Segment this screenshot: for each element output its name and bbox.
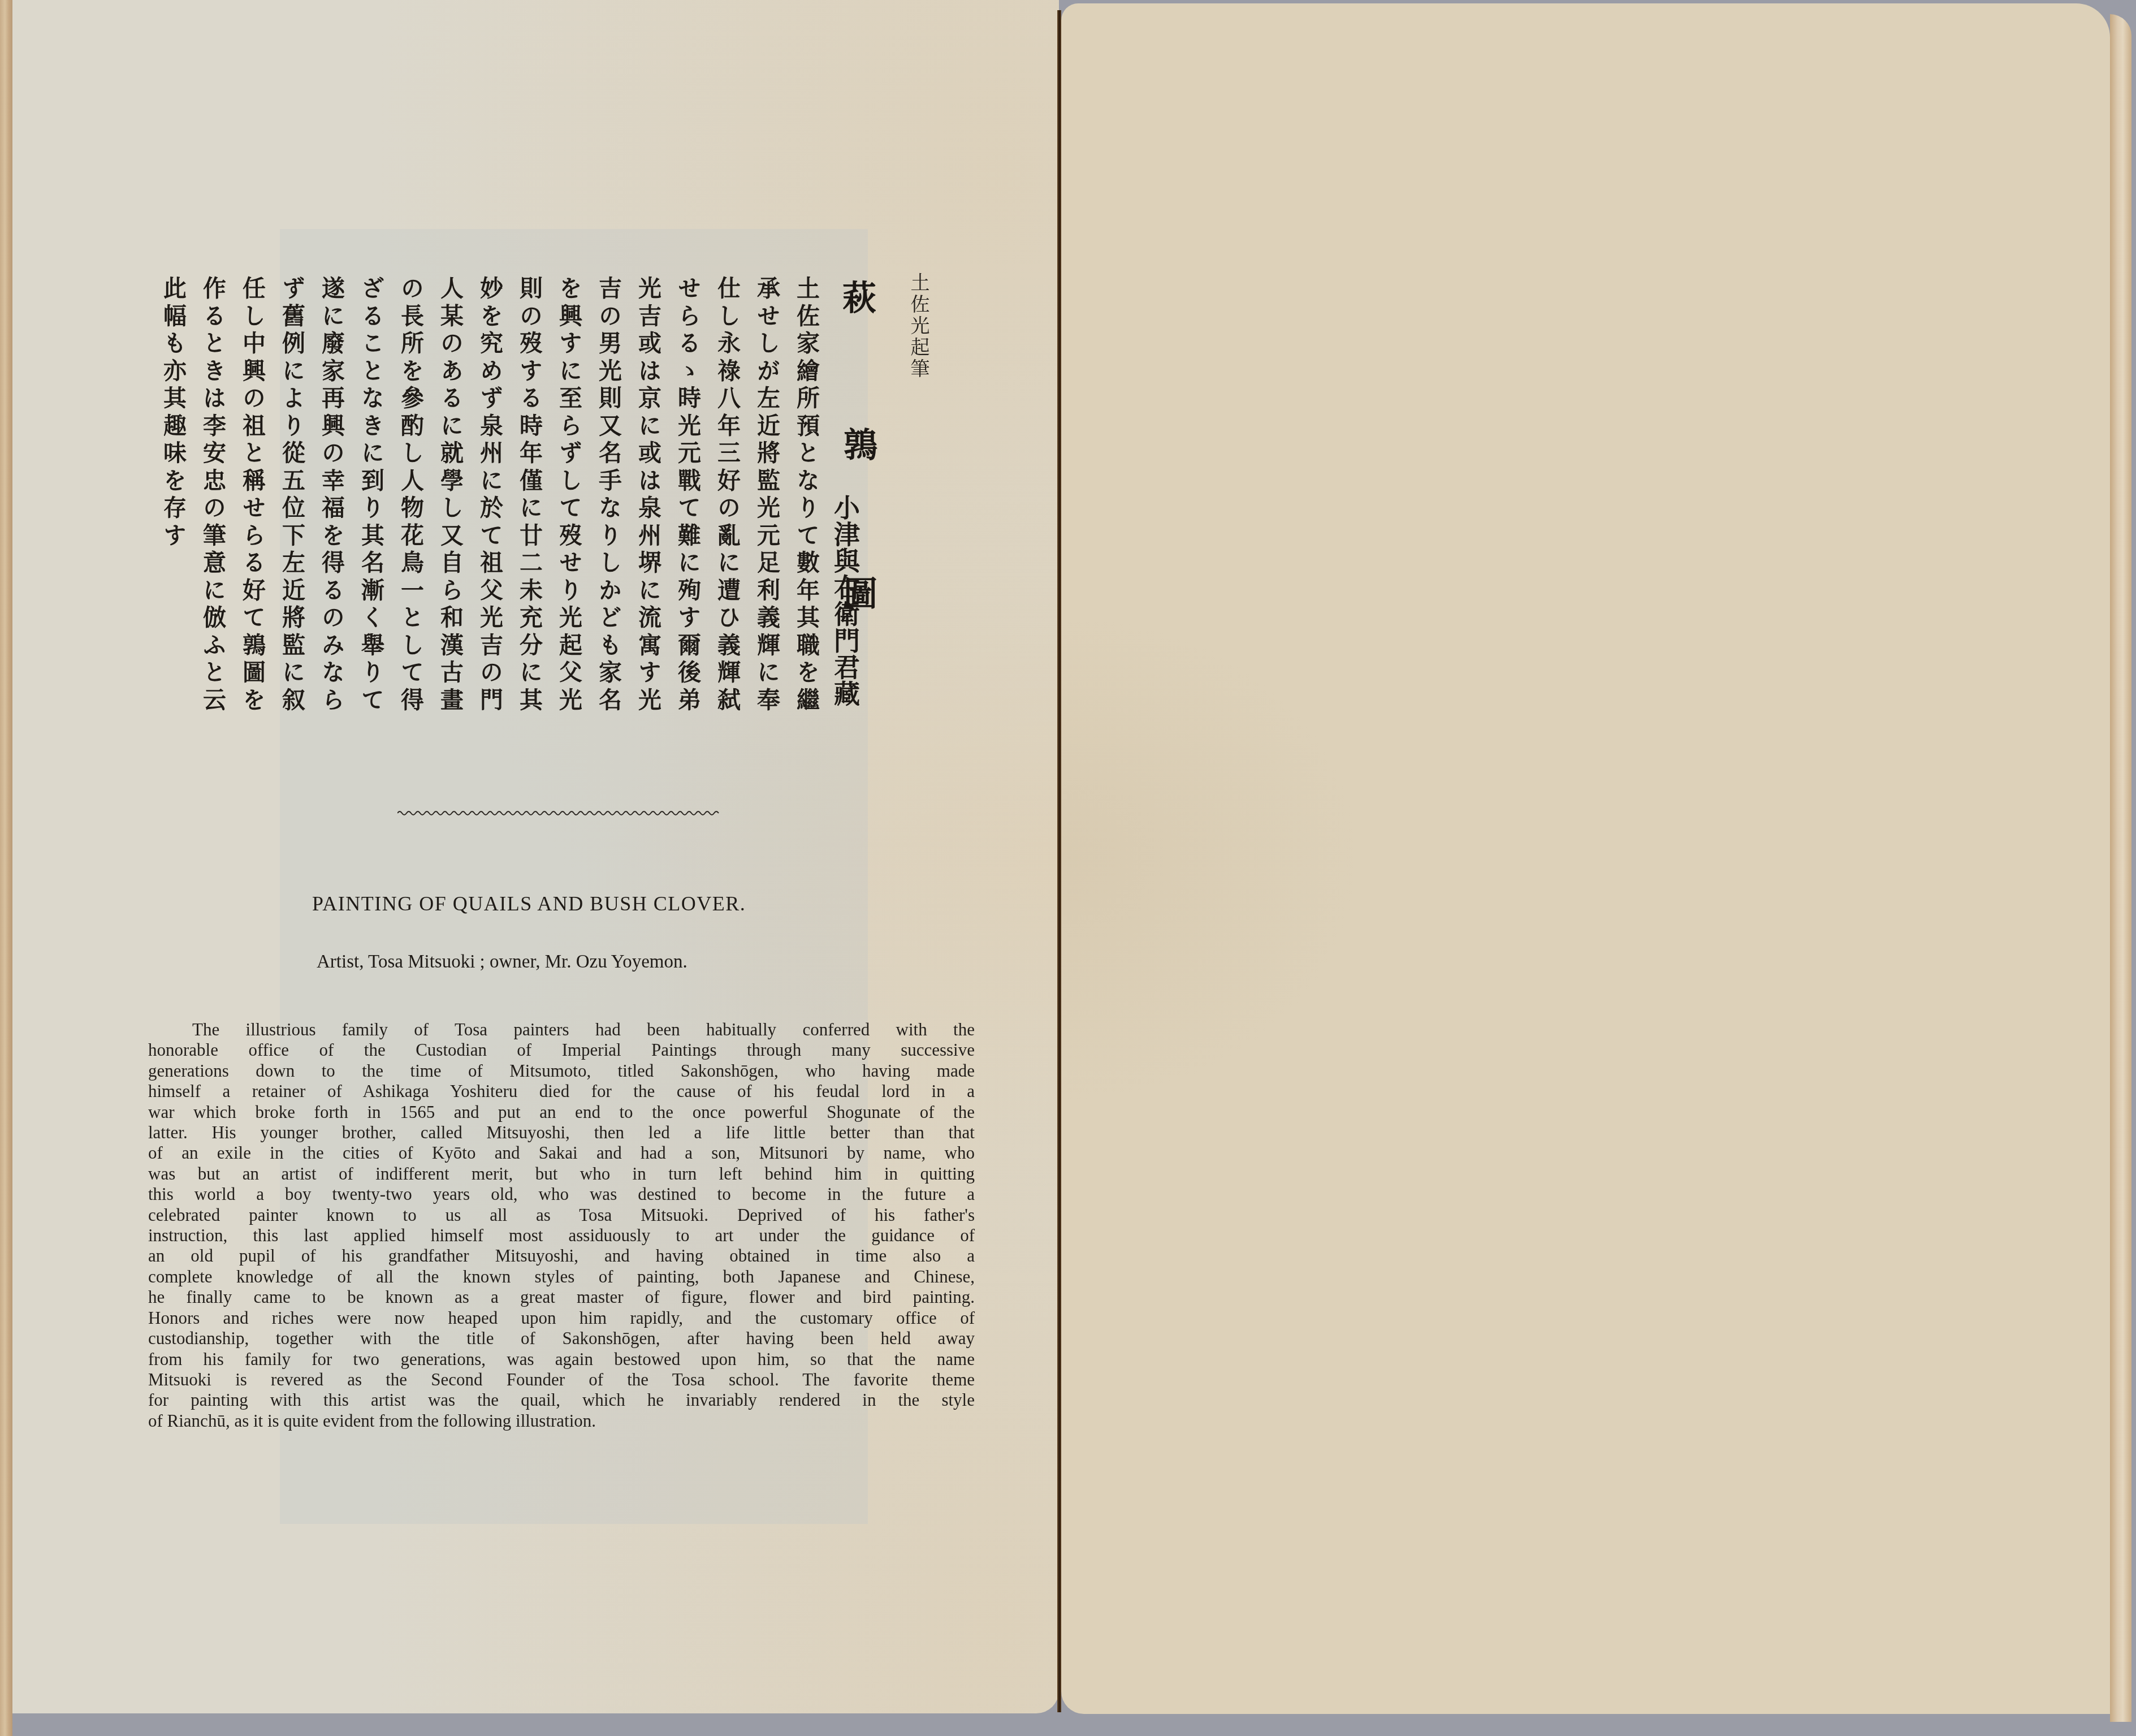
jp-column: 遂に廢家再興の幸福を得るのみなら	[319, 276, 343, 715]
jp-artist-credit: 土佐光起筆	[905, 273, 932, 380]
wavy-divider-rule	[397, 807, 720, 819]
english-title: PAINTING OF QUAILS AND BUSH CLOVER.	[312, 892, 810, 915]
jp-column: を興すに至らずして歿せり光起父光	[557, 276, 580, 715]
body-line: was but an artist of indifferent merit, …	[148, 1164, 975, 1184]
jp-title-char-2: 鶉	[844, 418, 877, 467]
english-body-paragraph: The illustrious family of Tosa painters …	[148, 1020, 975, 1431]
jp-column: 承せしが左近將監光元足利義輝に奉	[755, 276, 778, 715]
body-line: an old pupil of his grandfather Mitsuyos…	[148, 1246, 975, 1266]
body-line: he finally came to be known as a great m…	[148, 1287, 975, 1307]
body-line: Mitsuoki is revered as the Second Founde…	[148, 1370, 975, 1390]
right-page-edges	[2110, 14, 2131, 1722]
jp-column: 吉の男光則又名手なりしかども家名	[596, 276, 620, 715]
left-page	[12, 0, 1059, 1713]
jp-column: ず舊例により從五位下左近將監に叙	[280, 276, 303, 715]
body-line: generations down to the time of Mitsumot…	[148, 1061, 975, 1081]
body-line: this world a boy twenty-two years old, w…	[148, 1184, 975, 1204]
body-line: The illustrious family of Tosa painters …	[148, 1020, 975, 1040]
right-page-blank	[1061, 3, 2110, 1714]
body-line: instruction, this last applied himself m…	[148, 1225, 975, 1246]
body-line: complete knowledge of all the known styl…	[148, 1267, 975, 1287]
body-line: celebrated painter known to us all as To…	[148, 1205, 975, 1225]
body-line: for painting with this artist was the qu…	[148, 1390, 975, 1410]
jp-column: の長所を參酌し人物花鳥一として得	[399, 276, 422, 715]
jp-column: 人某のあるに就學し又自ら和漢古畫	[438, 276, 461, 715]
jp-column: 任し中興の祖と稱せらる好て鶉圖を	[240, 276, 263, 715]
jp-column: 則の歿する時年僅に廿二未充分に其	[517, 276, 541, 715]
jp-column: せらるゝ時光元戰て難に殉す爾後弟	[676, 276, 699, 715]
left-page-edges	[0, 0, 12, 1736]
body-line: of Rianchū, as it is quite evident from …	[148, 1411, 975, 1431]
jp-column: 作るときは李安忠の筆意に倣ふと云	[201, 276, 224, 715]
english-byline: Artist, Tosa Mitsuoki ; owner, Mr. Ozu Y…	[317, 952, 688, 973]
body-line: Honors and riches were now heaped upon h…	[148, 1308, 975, 1328]
body-line: honorable office of the Custodian of Imp…	[148, 1040, 975, 1060]
body-line: latter. His younger brother, called Mits…	[148, 1122, 975, 1143]
book-spread: 萩 鶉 圖 土佐光起筆 小津與右衛門君藏 土佐家繪所預となりて數年其職を繼 承せ…	[0, 0, 2136, 1736]
body-line: from his family for two generations, was…	[148, 1349, 975, 1370]
japanese-text-block: 萩 鶉 圖 土佐光起筆 小津與右衛門君藏 土佐家繪所預となりて數年其職を繼 承せ…	[153, 276, 989, 740]
jp-column: 仕し永祿八年三好の亂に遭ひ義輝弑	[715, 276, 738, 715]
jp-column: ざることなきに到り其名漸く舉りて	[359, 276, 382, 715]
jp-column: 此幅も亦其趣味を存す	[161, 276, 184, 550]
body-line: of an exile in the cities of Kyōto and S…	[148, 1143, 975, 1163]
jp-title-char-1: 萩	[842, 271, 876, 320]
jp-owner-credit: 小津與右衛門君藏	[827, 494, 864, 707]
body-line: himself a retainer of Ashikaga Yoshiteru…	[148, 1081, 975, 1102]
jp-column: 妙を究めず泉州に於て祖父光吉の門	[478, 276, 501, 715]
body-line: war which broke forth in 1565 and put an…	[148, 1102, 975, 1122]
book-gutter	[1057, 10, 1061, 1712]
jp-column: 光吉或は京に或は泉州堺に流寓す光	[636, 276, 659, 715]
jp-column: 土佐家繪所預となりて數年其職を繼	[794, 276, 818, 715]
body-line: custodianship, together with the title o…	[148, 1328, 975, 1349]
